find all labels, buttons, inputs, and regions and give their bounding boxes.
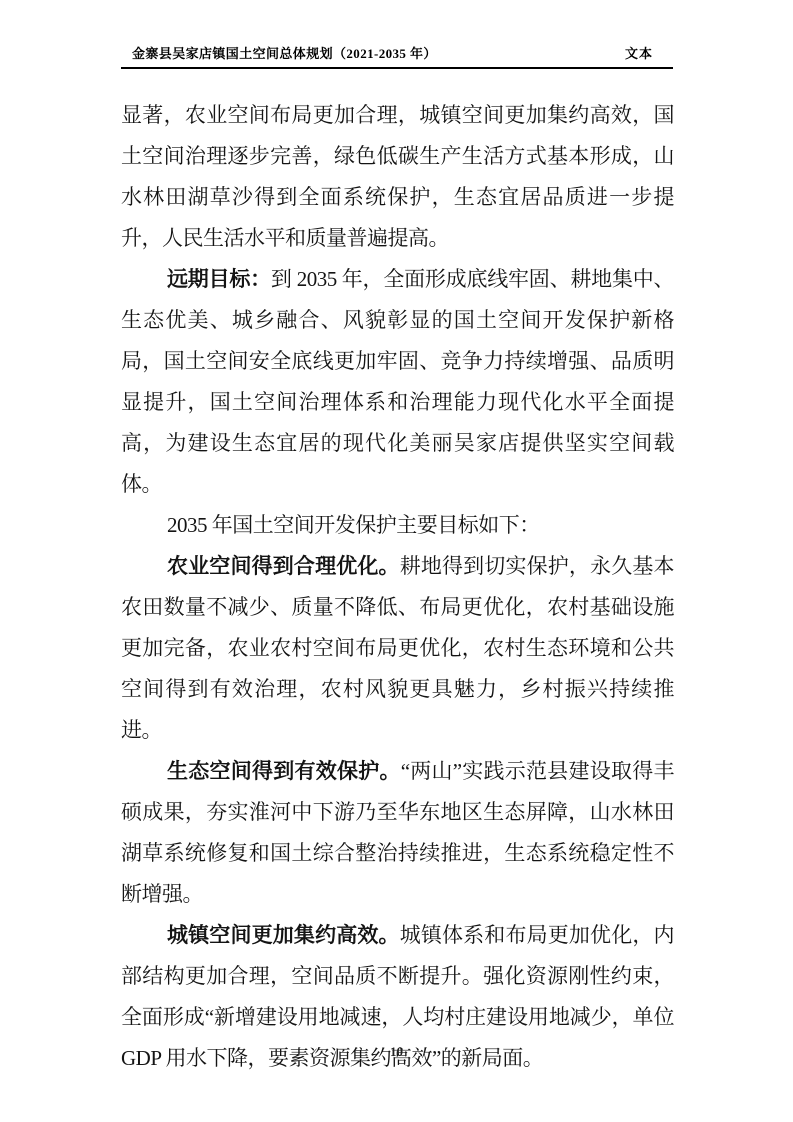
paragraph-text: 耕地得到切实保护，永久基本农田数量不减少、质量不降低、布局更优化，农村基础设施更… [121, 554, 674, 742]
paragraph-text: 到 2035 年，全面形成底线牢固、耕地集中、生态优美、城乡融合、风貌彰显的国土… [121, 267, 674, 496]
header-title: 金寨县吴家店镇国土空间总体规划（2021-2035 年） [132, 46, 437, 62]
paragraph-lead: 城镇空间更加集约高效。 [167, 923, 400, 947]
paragraph-text: 显著，农业空间布局更加合理，城镇空间更加集约高效，国土空间治理逐步完善，绿色低碳… [121, 103, 674, 250]
paragraph-continuation: 显著，农业空间布局更加合理，城镇空间更加集约高效，国土空间治理逐步完善，绿色低碳… [121, 95, 674, 259]
paragraph-2035-goals-intro: 2035 年国土空间开发保护主要目标如下： [121, 505, 674, 546]
paragraph-lead: 农业空间得到合理优化。 [167, 554, 400, 578]
paragraph-lead: 远期目标： [167, 267, 271, 291]
page-header: 金寨县吴家店镇国土空间总体规划（2021-2035 年） 文本 [121, 46, 673, 69]
paragraph-text: 2035 年国土空间开发保护主要目标如下： [167, 513, 540, 537]
page-footer: 10 [0, 1044, 793, 1060]
document-page: 金寨县吴家店镇国土空间总体规划（2021-2035 年） 文本 显著，农业空间布… [0, 0, 793, 1122]
document-body: 显著，农业空间布局更加合理，城镇空间更加集约高效，国土空间治理逐步完善，绿色低碳… [121, 95, 674, 1079]
page-number: 10 [390, 1044, 403, 1059]
paragraph-long-term-goal: 远期目标：到 2035 年，全面形成底线牢固、耕地集中、生态优美、城乡融合、风貌… [121, 259, 674, 505]
paragraph-ecological-space: 生态空间得到有效保护。“两山”实践示范县建设取得丰硕成果，夯实淮河中下游乃至华东… [121, 751, 674, 915]
paragraph-lead: 生态空间得到有效保护。 [167, 759, 401, 783]
paragraph-agricultural-space: 农业空间得到合理优化。耕地得到切实保护，永久基本农田数量不减少、质量不降低、布局… [121, 546, 674, 751]
header-doc-type-label: 文本 [625, 46, 653, 62]
